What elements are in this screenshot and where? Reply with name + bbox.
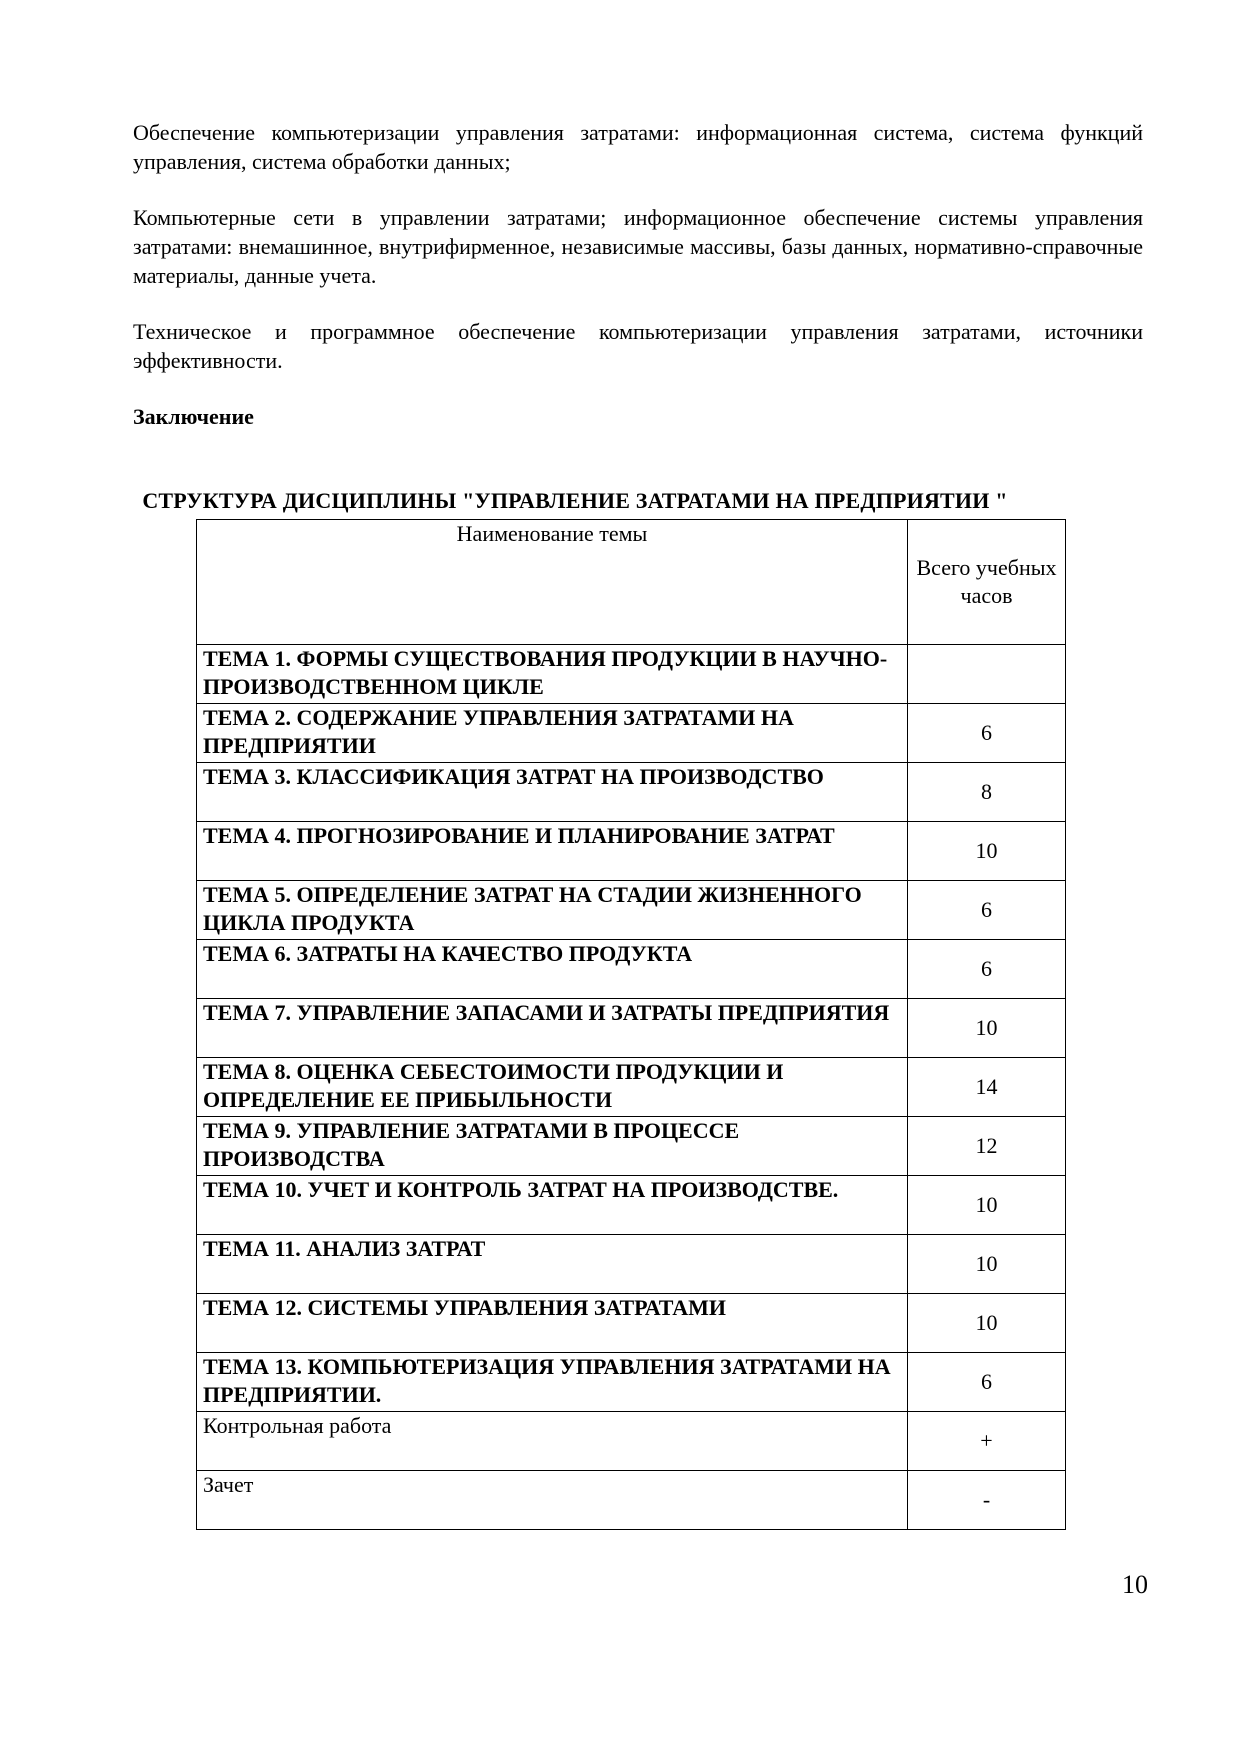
credit-row: Зачет- <box>197 1471 1066 1530</box>
topic-hours: 6 <box>908 704 1066 763</box>
topic-hours: 6 <box>908 940 1066 999</box>
topic-name: ТЕМА 1. ФОРМЫ СУЩЕСТВОВАНИЯ ПРОДУКЦИИ В … <box>197 645 908 704</box>
topic-hours: 6 <box>908 881 1066 940</box>
table-row: ТЕМА 13. КОМПЬЮТЕРИЗАЦИЯ УПРАВЛЕНИЯ ЗАТР… <box>197 1353 1066 1412</box>
table-row: ТЕМА 9. УПРАВЛЕНИЕ ЗАТРАТАМИ В ПРОЦЕССЕ … <box>197 1117 1066 1176</box>
table-row: ТЕМА 7. УПРАВЛЕНИЕ ЗАПАСАМИ И ЗАТРАТЫ ПР… <box>197 999 1066 1058</box>
conclusion-heading: Заключение <box>133 404 254 430</box>
topic-name: ТЕМА 11. АНАЛИЗ ЗАТРАТ <box>197 1235 908 1294</box>
topic-name: ТЕМА 8. ОЦЕНКА СЕБЕСТОИМОСТИ ПРОДУКЦИИ И… <box>197 1058 908 1117</box>
table-row: ТЕМА 6. ЗАТРАТЫ НА КАЧЕСТВО ПРОДУКТА6 <box>197 940 1066 999</box>
table-row: ТЕМА 5. ОПРЕДЕЛЕНИЕ ЗАТРАТ НА СТАДИИ ЖИЗ… <box>197 881 1066 940</box>
table-row: ТЕМА 8. ОЦЕНКА СЕБЕСТОИМОСТИ ПРОДУКЦИИ И… <box>197 1058 1066 1117</box>
paragraph-technical-software: Техническое и программное обеспечение ко… <box>133 317 1143 375</box>
table-row: ТЕМА 2. СОДЕРЖАНИЕ УПРАВЛЕНИЯ ЗАТРАТАМИ … <box>197 704 1066 763</box>
assessment-value: - <box>908 1471 1066 1530</box>
topic-hours: 10 <box>908 1235 1066 1294</box>
topic-name: ТЕМА 6. ЗАТРАТЫ НА КАЧЕСТВО ПРОДУКТА <box>197 940 908 999</box>
table-row: ТЕМА 10. УЧЕТ И КОНТРОЛЬ ЗАТРАТ НА ПРОИЗ… <box>197 1176 1066 1235</box>
topic-hours: 6 <box>908 1353 1066 1412</box>
topic-hours <box>908 645 1066 704</box>
topic-name: ТЕМА 5. ОПРЕДЕЛЕНИЕ ЗАТРАТ НА СТАДИИ ЖИЗ… <box>197 881 908 940</box>
assessment-label: Контрольная работа <box>197 1412 908 1471</box>
table-row: ТЕМА 4. ПРОГНОЗИРОВАНИЕ И ПЛАНИРОВАНИЕ З… <box>197 822 1066 881</box>
table-title: СТРУКТУРА ДИСЦИПЛИНЫ "УПРАВЛЕНИЕ ЗАТРАТА… <box>0 488 1150 514</box>
topic-hours: 10 <box>908 1176 1066 1235</box>
discipline-structure-table: Наименование темы Всего учебных часов ТЕ… <box>196 519 1066 1530</box>
table-row: ТЕМА 1. ФОРМЫ СУЩЕСТВОВАНИЯ ПРОДУКЦИИ В … <box>197 645 1066 704</box>
topic-hours: 14 <box>908 1058 1066 1117</box>
topic-name: ТЕМА 3. КЛАССИФИКАЦИЯ ЗАТРАТ НА ПРОИЗВОД… <box>197 763 908 822</box>
topic-hours: 10 <box>908 1294 1066 1353</box>
header-total-hours: Всего учебных часов <box>908 520 1066 645</box>
topic-name: ТЕМА 4. ПРОГНОЗИРОВАНИЕ И ПЛАНИРОВАНИЕ З… <box>197 822 908 881</box>
paragraph-computerization-support: Обеспечение компьютеризации управления з… <box>133 118 1143 176</box>
table-row: ТЕМА 12. СИСТЕМЫ УПРАВЛЕНИЯ ЗАТРАТАМИ10 <box>197 1294 1066 1353</box>
topic-hours: 12 <box>908 1117 1066 1176</box>
paragraph-computer-networks: Компьютерные сети в управлении затратами… <box>133 203 1143 290</box>
topic-hours: 8 <box>908 763 1066 822</box>
table-header-row: Наименование темы Всего учебных часов <box>197 520 1066 645</box>
topic-hours: 10 <box>908 999 1066 1058</box>
topic-name: ТЕМА 10. УЧЕТ И КОНТРОЛЬ ЗАТРАТ НА ПРОИЗ… <box>197 1176 908 1235</box>
page-number: 10 <box>1122 1570 1148 1600</box>
header-topic-name: Наименование темы <box>197 520 908 645</box>
assessment-value: + <box>908 1412 1066 1471</box>
table-row: ТЕМА 11. АНАЛИЗ ЗАТРАТ10 <box>197 1235 1066 1294</box>
topic-name: ТЕМА 2. СОДЕРЖАНИЕ УПРАВЛЕНИЯ ЗАТРАТАМИ … <box>197 704 908 763</box>
topic-hours: 10 <box>908 822 1066 881</box>
control-work-row: Контрольная работа+ <box>197 1412 1066 1471</box>
assessment-label: Зачет <box>197 1471 908 1530</box>
topic-name: ТЕМА 13. КОМПЬЮТЕРИЗАЦИЯ УПРАВЛЕНИЯ ЗАТР… <box>197 1353 908 1412</box>
topic-name: ТЕМА 9. УПРАВЛЕНИЕ ЗАТРАТАМИ В ПРОЦЕССЕ … <box>197 1117 908 1176</box>
topic-name: ТЕМА 12. СИСТЕМЫ УПРАВЛЕНИЯ ЗАТРАТАМИ <box>197 1294 908 1353</box>
table-row: ТЕМА 3. КЛАССИФИКАЦИЯ ЗАТРАТ НА ПРОИЗВОД… <box>197 763 1066 822</box>
topic-name: ТЕМА 7. УПРАВЛЕНИЕ ЗАПАСАМИ И ЗАТРАТЫ ПР… <box>197 999 908 1058</box>
